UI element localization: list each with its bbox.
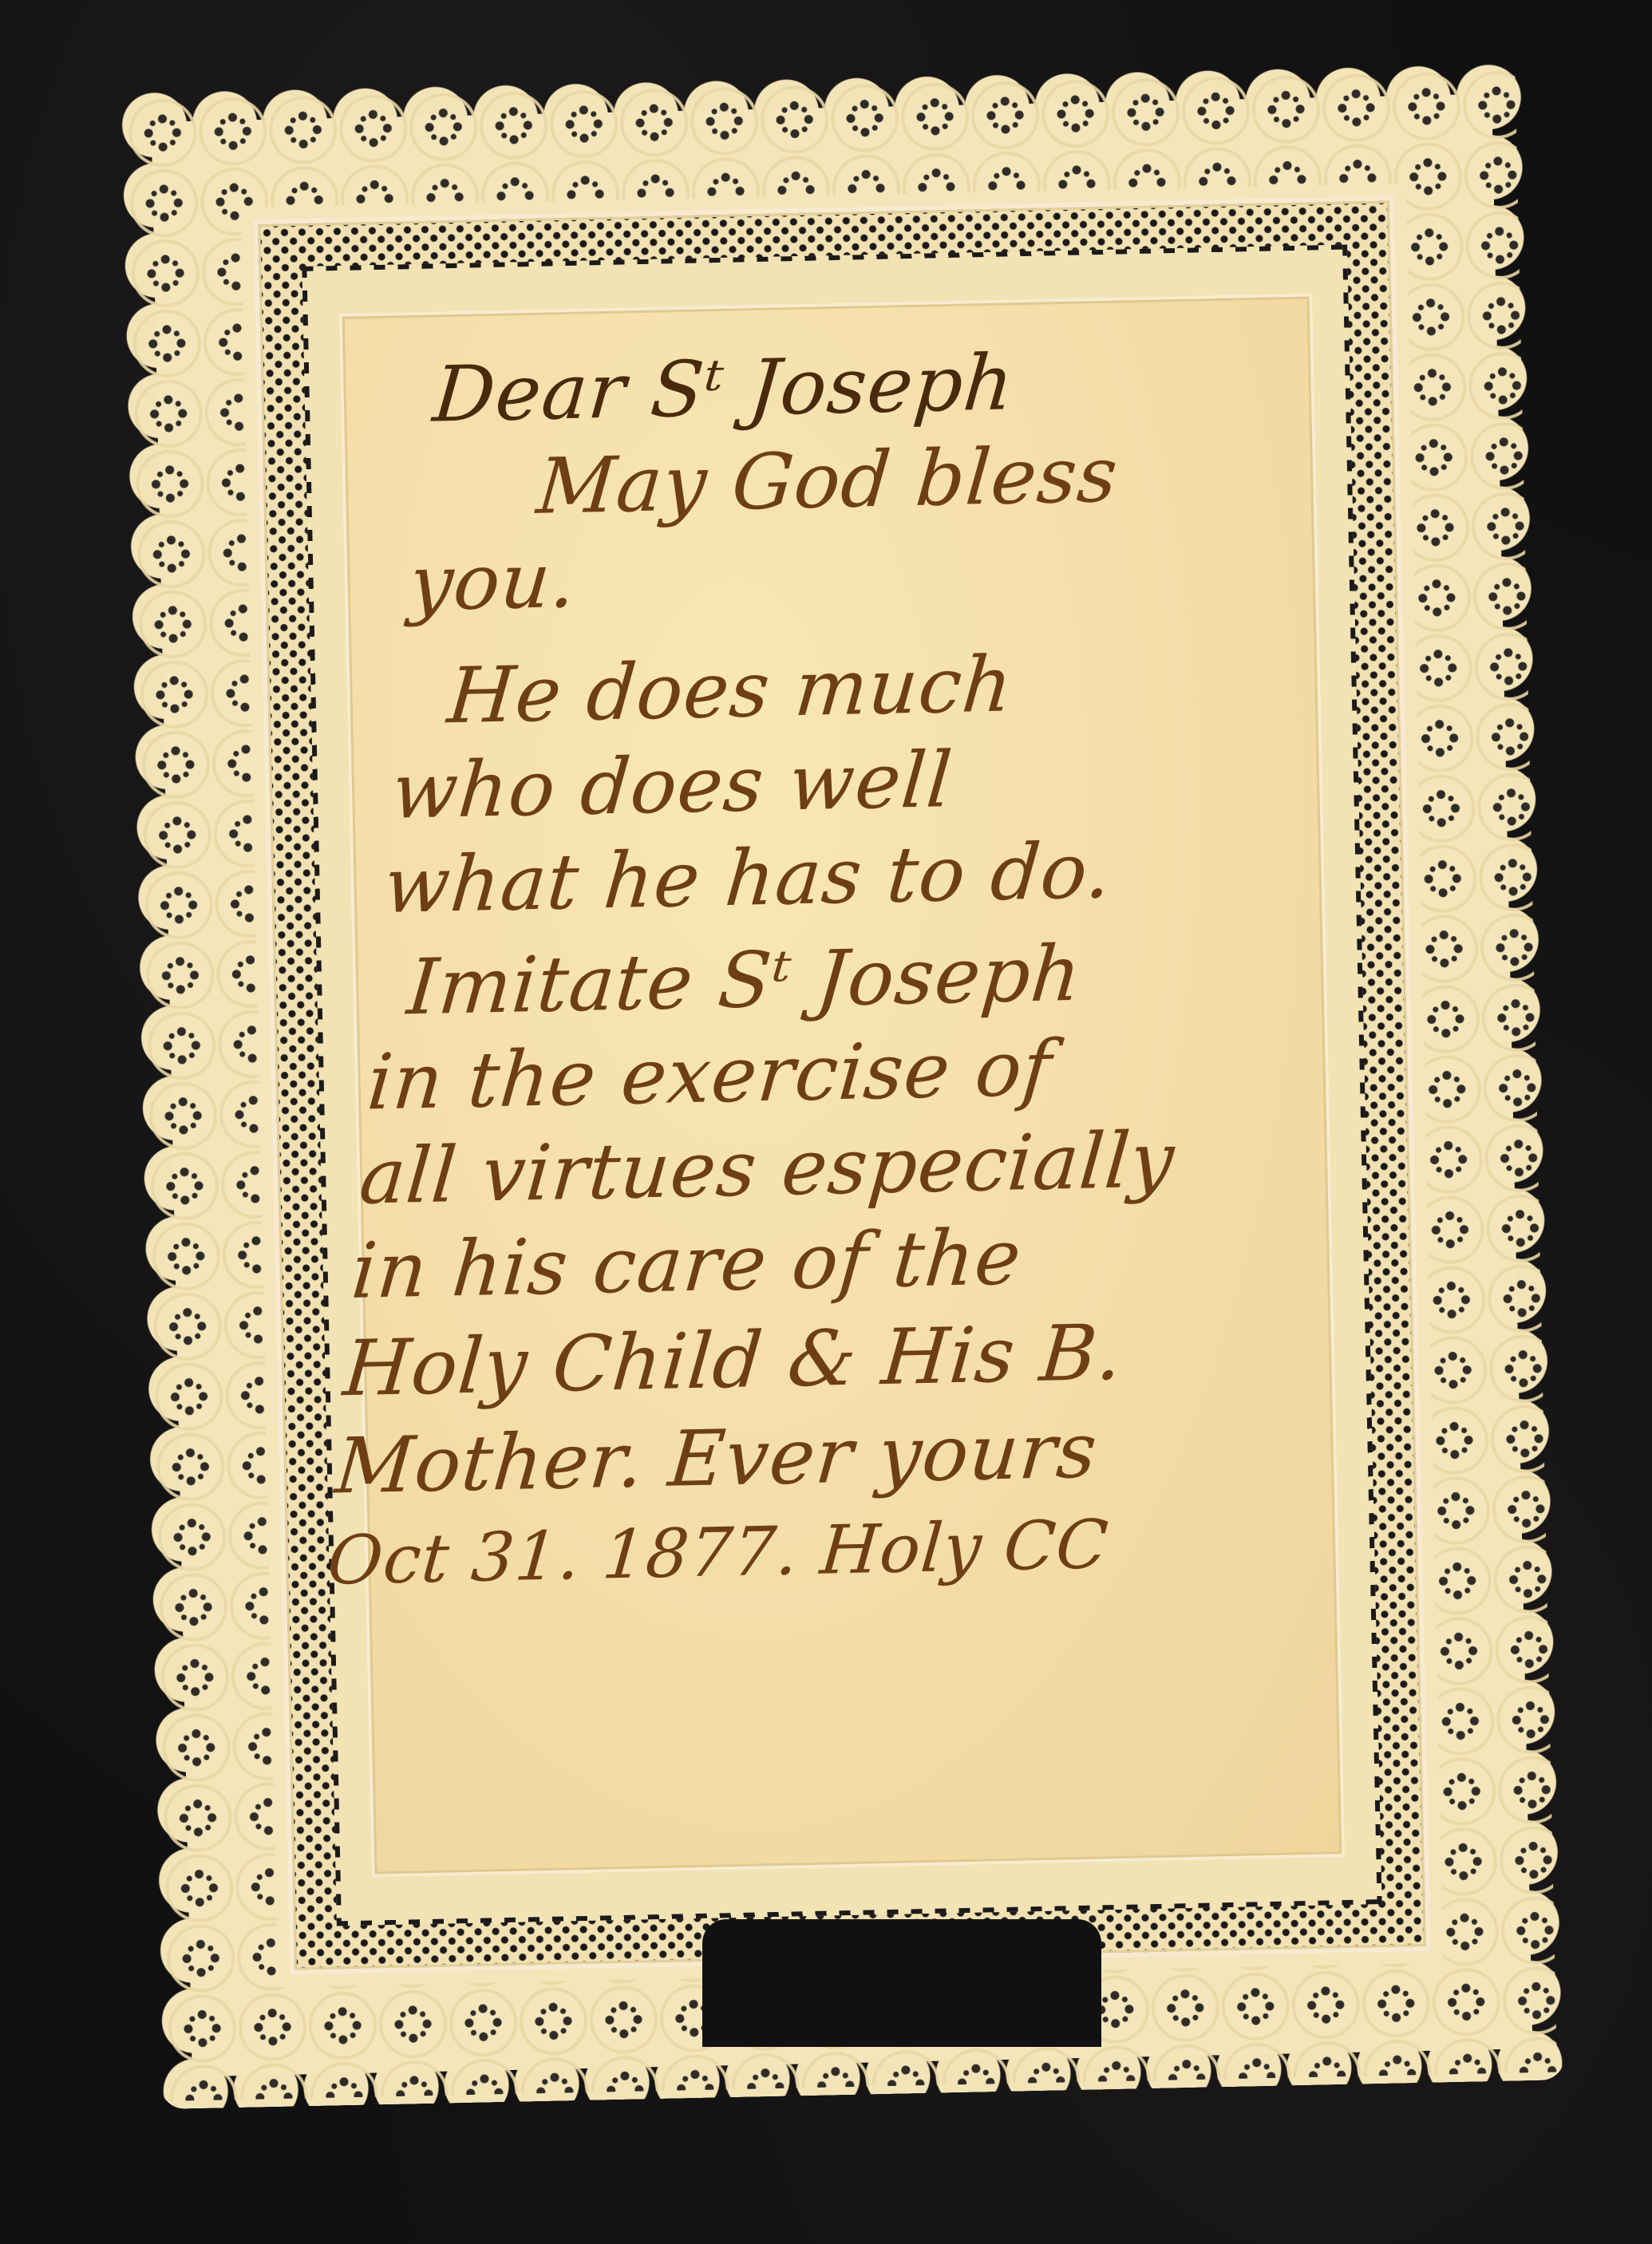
note-line: what he has to do. (381, 820, 1306, 933)
note-line: you. (406, 517, 1332, 630)
note-line-date-signature: Oct 31. 1877. Holy CC (324, 1494, 1250, 1607)
note-line: in his care of the (348, 1205, 1274, 1318)
torn-lace-gap (702, 1919, 1101, 2047)
handwritten-note: Dear Sᵗ Joseph May God bless you. He doe… (324, 329, 1347, 1608)
lace-holy-card: Dear Sᵗ Joseph May God bless you. He doe… (119, 61, 1566, 2109)
note-line: Holy Child & His B. (340, 1302, 1266, 1416)
note-line: all virtues especially (356, 1110, 1282, 1223)
